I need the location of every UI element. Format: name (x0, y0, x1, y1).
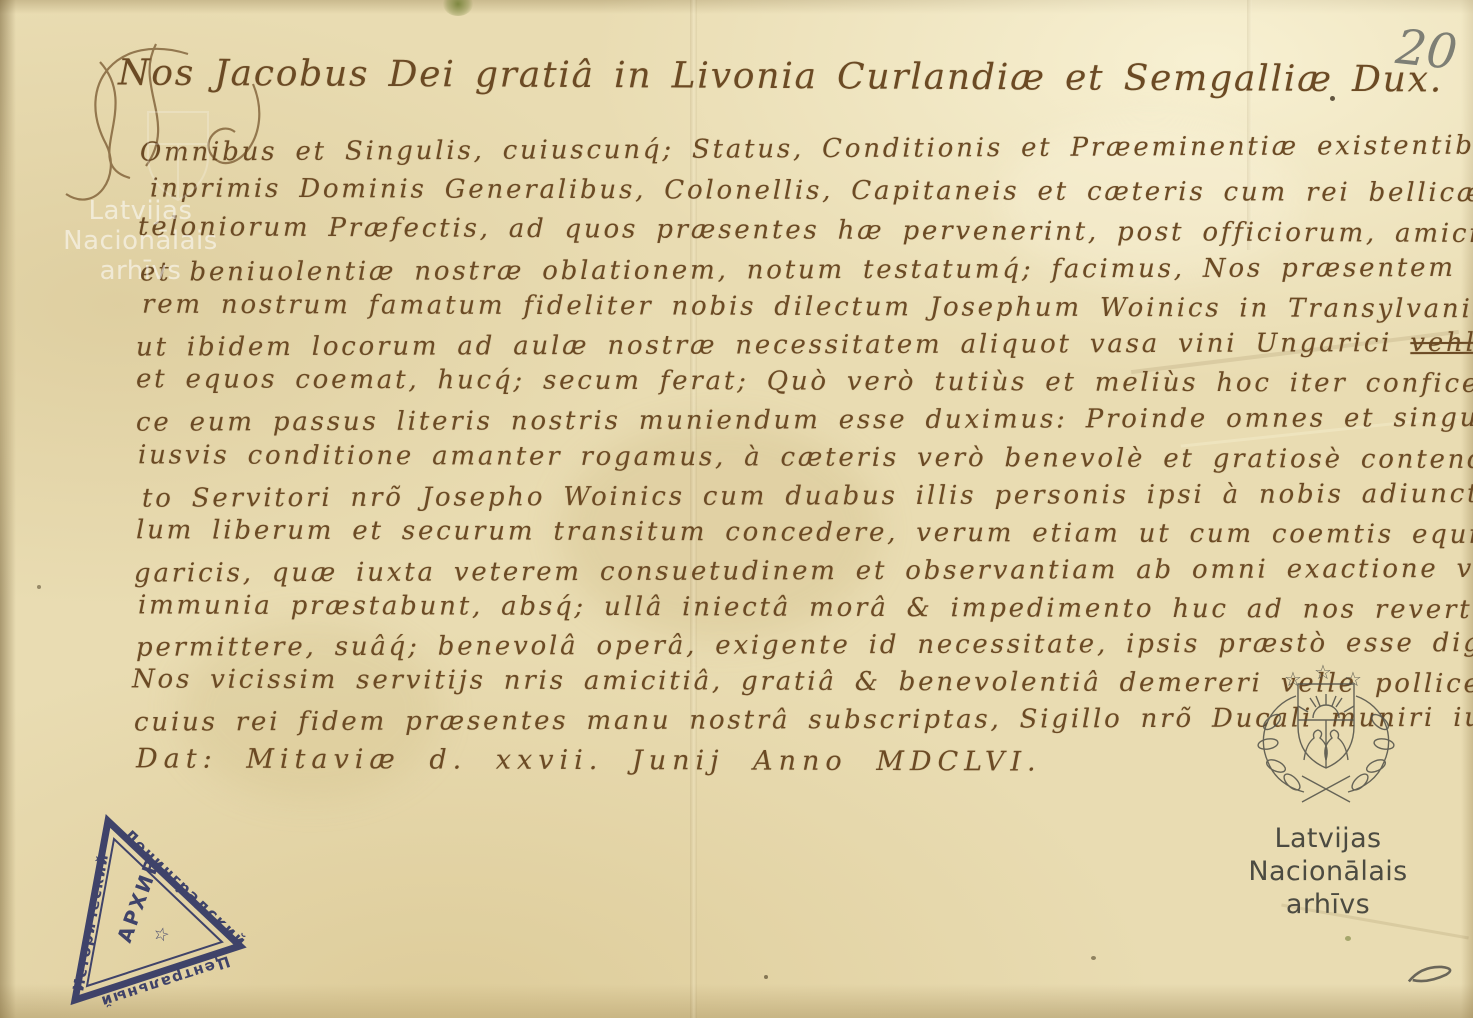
pencil-page-number: 20 (1393, 19, 1460, 81)
manuscript-line: ce eum passus literis nostris muniendum … (136, 402, 1473, 437)
watermark-archive-name: Latvijas Nacionālais arhīvs (33, 196, 248, 286)
manuscript-title-line: Nos Jacobus Dei gratiâ in Livonia Curlan… (118, 53, 1443, 101)
manuscript-line: teloniorum Præfectis, ad quos præsentes … (138, 212, 1473, 250)
latvia-coat-of-arms: ☆ ☆ ☆ (1246, 664, 1406, 814)
logo-caption-line2: arhīvs (1208, 888, 1448, 921)
ink-squiggle (1402, 955, 1462, 989)
star-icon: ☆ (1284, 667, 1302, 691)
paper-speck (37, 585, 41, 589)
stain-green (443, 0, 473, 16)
manuscript-line: et beniuolentiæ nostræ oblationem, notum… (140, 252, 1473, 287)
leningrad-archive-stamp: Ленинградский Исторический Центральный А… (50, 806, 310, 1018)
manuscript-line: lum liberum et securum transitum concede… (136, 515, 1473, 551)
manuscript-line-with-strikethrough: ut ibidem locorum ad aulæ nostræ necessi… (136, 327, 1473, 362)
manuscript-line: inprimis Dominis Generalibus, Colonellis… (150, 174, 1473, 209)
manuscript-line: iusvis conditione amanter rogamus, à cæt… (138, 440, 1473, 475)
archive-logo-caption: Latvijas Nacionālais arhīvs (1208, 822, 1448, 921)
struck-word: vehleta (1410, 328, 1473, 358)
manuscript-line: immunia præstabunt, absq́; ullâ iniectâ … (138, 590, 1473, 625)
stamp-edge-left-text: Исторический (69, 852, 112, 993)
manuscript-line: rem nostrum famatum fideliter nobis dile… (142, 290, 1473, 325)
manuscript-line: Omnibus et Singulis, cuiuscunq́; Status,… (140, 130, 1473, 167)
manuscript-dateline: Dat: Mitaviæ d. xxvii. Junij Anno MDCLVI… (136, 743, 1042, 777)
manuscript-line: et equos coemat, hucq́; secum ferat; Quò… (136, 364, 1473, 400)
line-text: ut ibidem locorum ad aulæ nostræ necessi… (136, 328, 1410, 362)
logo-caption-line1: Latvijas Nacionālais (1208, 822, 1448, 888)
fold-crease-vertical (1247, 0, 1252, 250)
scanned-manuscript-page: Nos Jacobus Dei gratiâ in Livonia Curlan… (0, 0, 1473, 1018)
star-icon: ☆ (1314, 664, 1332, 684)
manuscript-line: permittere, suâq́; benevolâ operâ, exige… (136, 627, 1473, 662)
stamp-star-icon: ☆ (151, 923, 172, 947)
paper-speck (1345, 936, 1351, 941)
watermark-line2: arhīvs (33, 256, 248, 286)
paper-speck (1091, 956, 1096, 960)
paper-speck (764, 975, 768, 979)
watermark-line1: Latvijas Nacionālais (33, 196, 248, 256)
manuscript-line: garicis, quæ iuxta veterem consuetudinem… (134, 553, 1473, 588)
manuscript-line: to Servitori nrõ Josepho Woinics cum dua… (142, 478, 1473, 513)
star-icon: ☆ (1344, 667, 1362, 691)
watermark-crest (118, 104, 238, 209)
